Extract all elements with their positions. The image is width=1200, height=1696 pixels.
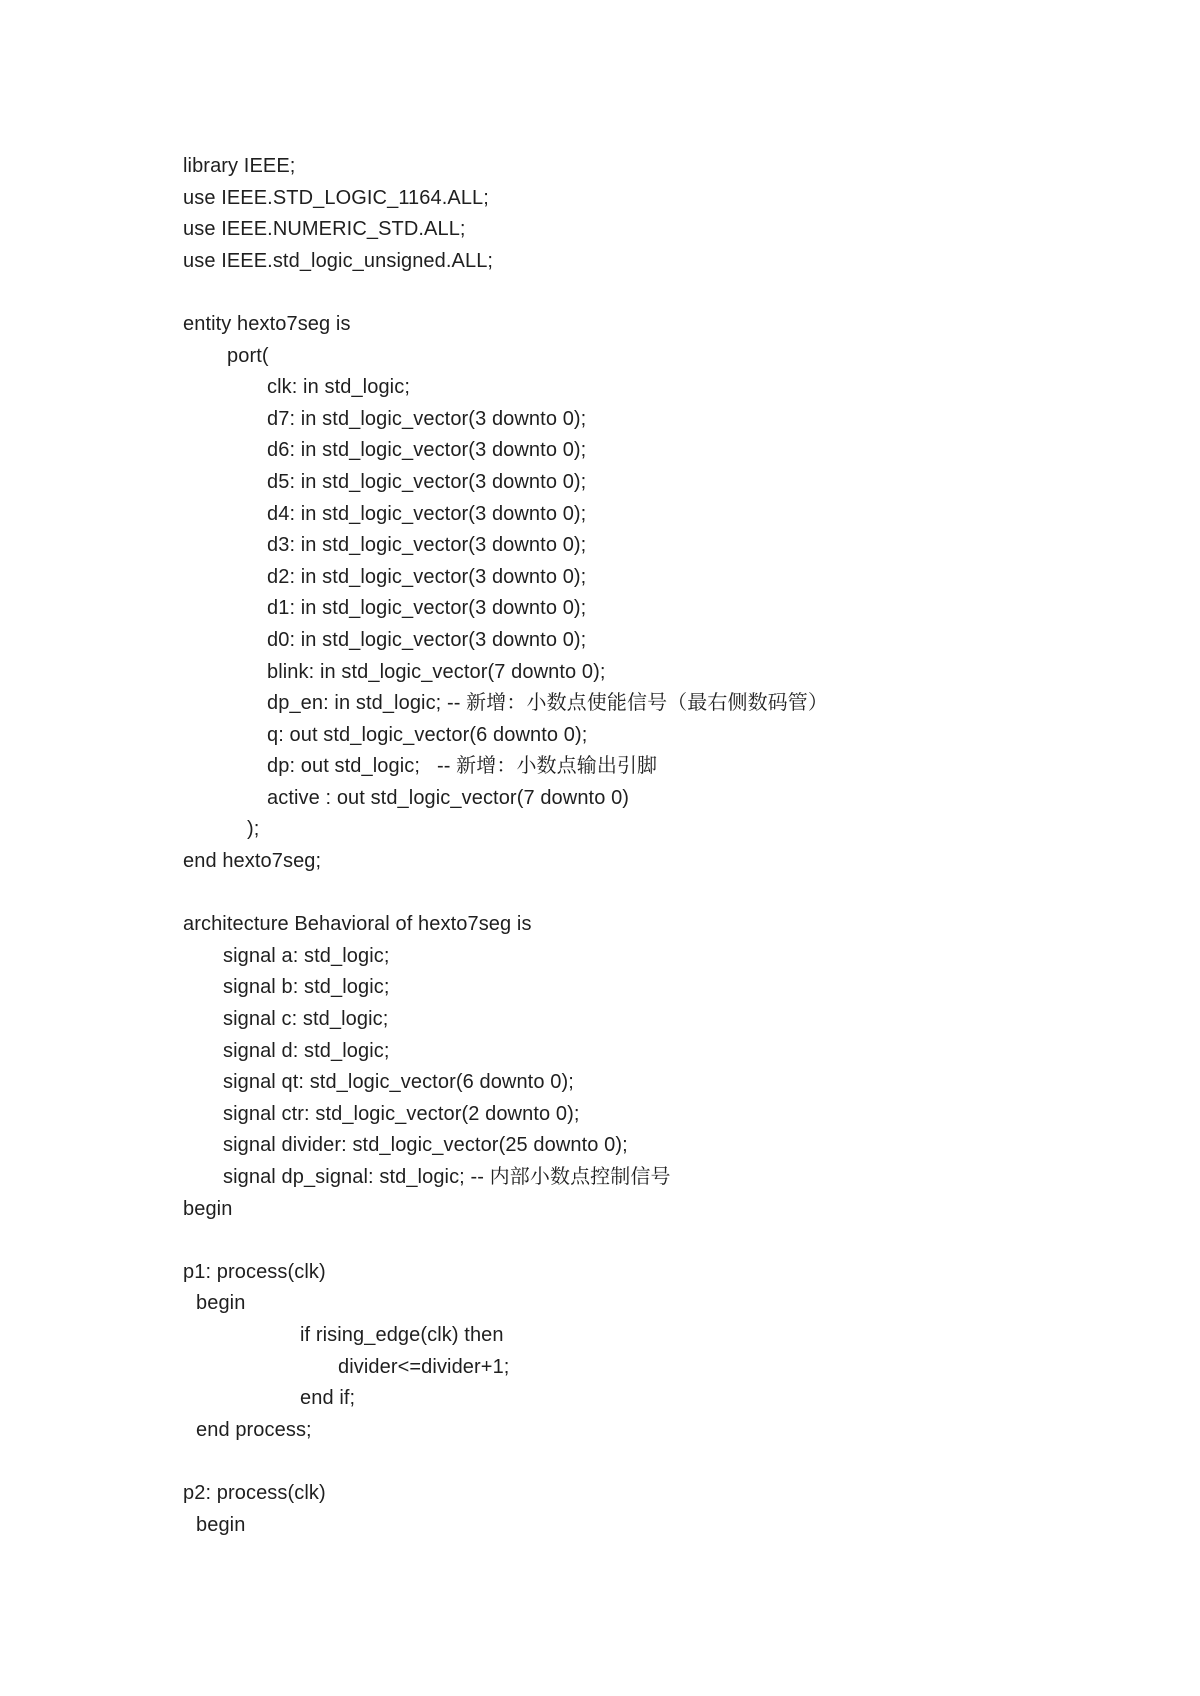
code-line: signal c: std_logic; xyxy=(223,1004,1160,1036)
code-line: q: out std_logic_vector(6 downto 0); xyxy=(267,720,1160,752)
code-line: d1: in std_logic_vector(3 downto 0); xyxy=(267,593,1160,625)
code-line-blank xyxy=(183,878,1160,910)
code-line: end if; xyxy=(300,1383,1160,1415)
code-line: begin xyxy=(183,1194,1160,1226)
code-line: ); xyxy=(247,814,1160,846)
code-line: d4: in std_logic_vector(3 downto 0); xyxy=(267,499,1160,531)
document-page: library IEEE;use IEEE.STD_LOGIC_1164.ALL… xyxy=(0,0,1200,1696)
code-line: d6: in std_logic_vector(3 downto 0); xyxy=(267,435,1160,467)
code-line: active : out std_logic_vector(7 downto 0… xyxy=(267,783,1160,815)
code-line: signal a: std_logic; xyxy=(223,941,1160,973)
code-line: dp_en: in std_logic; -- 新增：小数点使能信号（最右侧数码… xyxy=(267,688,1160,720)
code-line: if rising_edge(clk) then xyxy=(300,1320,1160,1352)
code-line: use IEEE.STD_LOGIC_1164.ALL; xyxy=(183,183,1160,215)
code-line: port( xyxy=(227,341,1160,373)
code-line: signal ctr: std_logic_vector(2 downto 0)… xyxy=(223,1099,1160,1131)
code-line: d0: in std_logic_vector(3 downto 0); xyxy=(267,625,1160,657)
code-line: d5: in std_logic_vector(3 downto 0); xyxy=(267,467,1160,499)
code-line: begin xyxy=(196,1288,1160,1320)
code-block: library IEEE;use IEEE.STD_LOGIC_1164.ALL… xyxy=(183,151,1160,1541)
code-line: signal d: std_logic; xyxy=(223,1036,1160,1068)
code-line-blank xyxy=(183,1446,1160,1478)
code-line: library IEEE; xyxy=(183,151,1160,183)
code-line: dp: out std_logic; -- 新增：小数点输出引脚 xyxy=(267,751,1160,783)
code-line: d2: in std_logic_vector(3 downto 0); xyxy=(267,562,1160,594)
code-line: end hexto7seg; xyxy=(183,846,1160,878)
code-line: use IEEE.NUMERIC_STD.ALL; xyxy=(183,214,1160,246)
code-line: signal b: std_logic; xyxy=(223,972,1160,1004)
code-line: entity hexto7seg is xyxy=(183,309,1160,341)
code-line: signal divider: std_logic_vector(25 down… xyxy=(223,1130,1160,1162)
code-line-blank xyxy=(183,1225,1160,1257)
code-line: blink: in std_logic_vector(7 downto 0); xyxy=(267,657,1160,689)
code-line: signal dp_signal: std_logic; -- 内部小数点控制信… xyxy=(223,1162,1160,1194)
code-line: begin xyxy=(196,1510,1160,1542)
code-line: end process; xyxy=(196,1415,1160,1447)
code-line: d3: in std_logic_vector(3 downto 0); xyxy=(267,530,1160,562)
code-line: p1: process(clk) xyxy=(183,1257,1160,1289)
code-line: divider<=divider+1; xyxy=(338,1352,1160,1384)
code-line: architecture Behavioral of hexto7seg is xyxy=(183,909,1160,941)
code-line: d7: in std_logic_vector(3 downto 0); xyxy=(267,404,1160,436)
code-line: use IEEE.std_logic_unsigned.ALL; xyxy=(183,246,1160,278)
code-line-blank xyxy=(183,277,1160,309)
code-line: signal qt: std_logic_vector(6 downto 0); xyxy=(223,1067,1160,1099)
code-line: clk: in std_logic; xyxy=(267,372,1160,404)
code-line: p2: process(clk) xyxy=(183,1478,1160,1510)
